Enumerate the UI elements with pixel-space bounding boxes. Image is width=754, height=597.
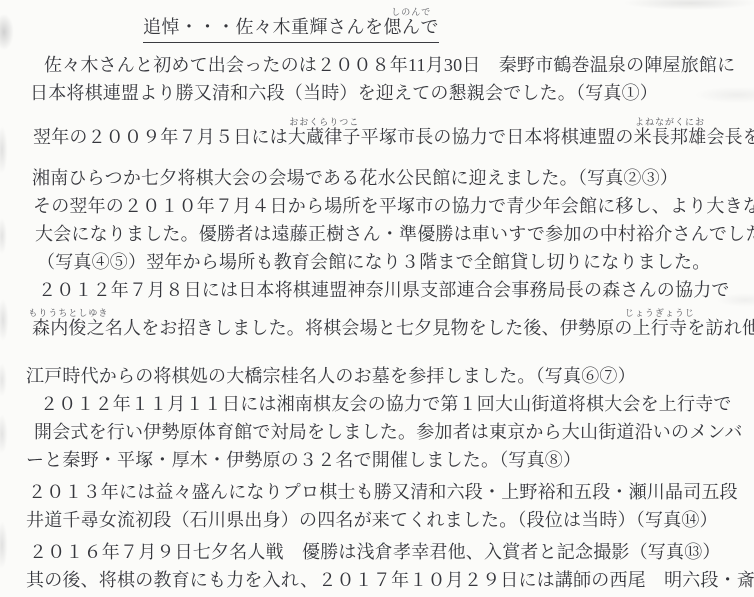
scanned-document-page: 追悼・・・佐々木重輝さんをしのんで偲んで 佐々木さんと初めて出会ったのは２００８…: [0, 0, 754, 597]
text-line: その翌年の２０１０年７月４日から場所を平塚市の協力で青少年会館に移し、より大きな: [33, 192, 754, 220]
text-line: ２０１２年７月８日には日本将棋連盟神奈川県支部連合会事務局長の森さんの協力で: [38, 276, 754, 304]
document-body: 佐々木さんと初めて出会ったのは２００８年11月30日 秦野市鶴巻温泉の陣屋旅館に…: [26, 51, 754, 594]
furigana-term: もりうちとしゆき森内俊之: [32, 318, 105, 338]
text-line: ２０１６年７月９日七夕名人戦 優勝は浅倉孝幸君他、入賞者と記念撮影（写真⑬）: [29, 538, 754, 566]
text-line: 湘南ひらつか七夕将棋大会の会場である花水公民館に迎えました。（写真②③）: [32, 164, 754, 192]
text-line: （写真④⑤）翌年から場所も教育会館になり３階まで全館貸し切りになりました。: [37, 248, 754, 276]
furigana-annotation: よねながくにお: [635, 118, 705, 127]
text-line: 大会になりました。優勝者は遠藤正樹さん・準優勝は車いすで参加の中村裕介さんでした…: [35, 220, 754, 248]
text-line: 井道千尋女流初段（石川県出身）の四名が来てくれました。（段位は当時）（写真⑭）: [26, 506, 754, 534]
text-line: ーと秦野・平塚・厚木・伊勢原の３２名で開催しました。（写真⑧）: [26, 446, 754, 474]
furigana-annotation: おおくらりつこ: [289, 118, 359, 127]
furigana-term: おおくらりつこ大蔵律子: [288, 127, 361, 147]
furigana-term: しのんで偲んで: [384, 17, 440, 37]
text-line: 日本将棋連盟より勝又清和六段（当時）を迎えての懇親会でした。（写真①）: [30, 79, 754, 107]
text-line: 翌年の２００９年７月５日にはおおくらりつこ大蔵律子平塚市長の協力で日本将棋連盟の…: [33, 123, 754, 151]
text-line: ２０１３年には益々盛んになりプロ棋士も勝又清和六段・上野裕和五段・瀬川晶司五段: [28, 478, 754, 506]
text-line: ２０１２年１１月１１日には湘南棋友会の協力で第１回大山街道将棋大会を上行寺で: [40, 390, 754, 418]
text-line: 佐々木さんと初めて出会ったのは２００８年11月30日 秦野市鶴巻温泉の陣屋旅館に: [44, 51, 754, 79]
document-content: 追悼・・・佐々木重輝さんをしのんで偲んで 佐々木さんと初めて出会ったのは２００８…: [0, 0, 754, 594]
text-line: 開会式を行い伊勢原体育館で対局をしました。参加者は東京から大山街道沿いのメンバ: [34, 418, 754, 446]
furigana-annotation: じょうぎょうじ: [625, 309, 695, 318]
furigana-term: じょうぎょうじ上行寺: [633, 318, 688, 338]
furigana-term: よねながくにお米長邦雄: [634, 127, 707, 147]
page-title: 追悼・・・佐々木重輝さんをしのんで偲んで: [143, 14, 754, 40]
text-line: 其の後、将棋の教育にも力を入れ、２０１７年１０月２９日には講師の西尾 明六段・斎…: [26, 566, 754, 594]
page-title-text: 追悼・・・佐々木重輝さんをしのんで偲んで: [143, 14, 439, 43]
furigana-annotation: しのんで: [391, 8, 431, 17]
text-line: もりうちとしゆき森内俊之名人をお招きしました。将棋会場と七夕見物をした後、伊勢原…: [32, 314, 754, 342]
text-line: 江戸時代からの将棋処の大橋宗桂名人のお墓を参拝しました。（写真⑥⑦）: [26, 362, 754, 390]
furigana-annotation: もりうちとしゆき: [28, 309, 108, 318]
